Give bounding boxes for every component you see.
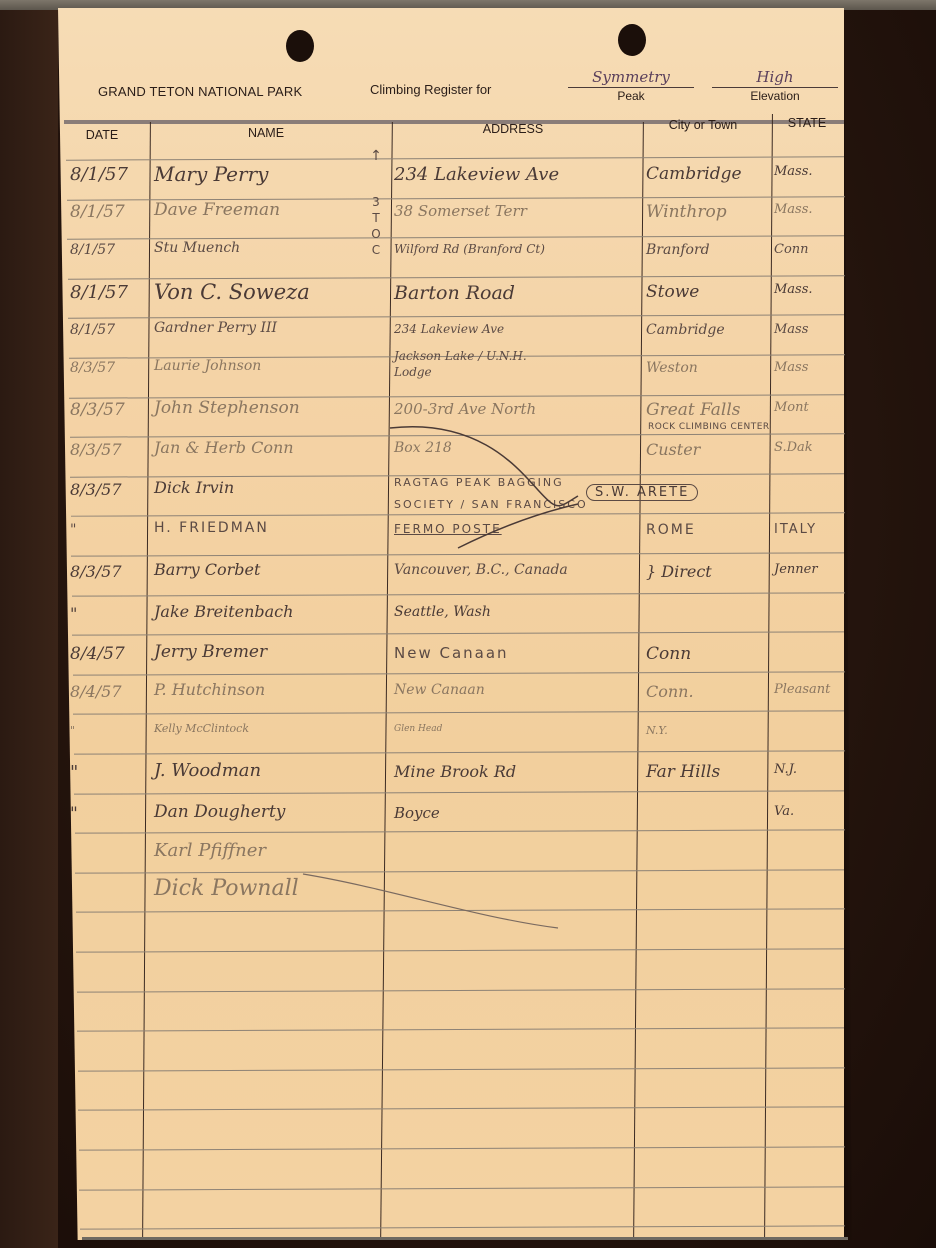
- entry-city: } Direct: [646, 562, 712, 581]
- row-rule: [75, 869, 844, 874]
- row-rule: [71, 552, 844, 557]
- punch-hole-right: [618, 24, 646, 56]
- entry-date: 8/1/57: [70, 202, 125, 222]
- entry-date: 8/3/57: [70, 562, 122, 581]
- row-rule: [77, 988, 844, 993]
- footer-rule: [82, 1237, 848, 1240]
- column-header-state: STATE: [770, 116, 844, 130]
- entry-name: Gardner Perry III: [154, 320, 277, 336]
- row-rule: [76, 948, 844, 953]
- entry-state: Conn: [774, 242, 809, 257]
- entry-date: 8/4/57: [70, 682, 122, 701]
- entry-date: ": [70, 522, 76, 538]
- entry-date: 8/1/57: [70, 282, 128, 303]
- entry-address: Box 218: [394, 440, 452, 456]
- entry-name: Dave Freeman: [154, 200, 280, 220]
- rock-climbing-note: ROCK CLIMBING CENTER: [648, 422, 770, 432]
- entry-name: Jake Breitenbach: [154, 602, 293, 621]
- punch-hole-left: [286, 30, 314, 62]
- row-rule: [72, 632, 844, 637]
- entry-state: Mass: [774, 360, 808, 375]
- entry-date: 8/3/57: [70, 400, 125, 420]
- entry-city: Stowe: [646, 282, 699, 302]
- entry-address: Vancouver, B.C., Canada: [394, 562, 568, 578]
- entry-date: 8/3/57: [70, 360, 115, 376]
- entry-state: Mass: [774, 322, 808, 337]
- peak-label: Peak: [568, 89, 694, 103]
- entry-date: ": [70, 604, 77, 623]
- entry-name: John Stephenson: [154, 398, 300, 418]
- entry-city: N.Y.: [646, 724, 668, 737]
- entry-date: 8/1/57: [70, 164, 128, 185]
- entry-address: Seattle, Wash: [394, 604, 491, 620]
- column-divider: [764, 114, 773, 1240]
- column-header-city: City or Town: [638, 118, 768, 132]
- entry-state: Mass.: [774, 202, 813, 217]
- row-rule: [79, 1186, 844, 1191]
- row-rule: [75, 830, 844, 835]
- up-arrow-icon: ↑: [370, 148, 382, 164]
- route-note: S.W. ARETE: [586, 484, 698, 501]
- row-rule: [78, 1107, 844, 1112]
- climbing-register-sheet: GRAND TETON NATIONAL PARK Climbing Regis…: [58, 8, 844, 1240]
- entry-name: Dan Dougherty: [154, 802, 285, 822]
- entry-city: Far Hills: [646, 762, 720, 782]
- entry-name: Mary Perry: [154, 162, 268, 186]
- entry-address: 234 Lakeview Ave: [394, 322, 504, 336]
- entry-address: 38 Somerset Terr: [394, 202, 527, 220]
- entry-name: Stu Muench: [154, 240, 240, 256]
- entry-address: Barton Road: [394, 282, 515, 304]
- column-divider: [380, 122, 393, 1240]
- entry-name: P. Hutchinson: [154, 680, 265, 699]
- column-header-date: DATE: [72, 128, 132, 142]
- entry-address: Jackson Lake / U.N.H. Lodge: [394, 348, 554, 380]
- row-rule: [78, 1067, 844, 1072]
- entry-date: 8/3/57: [70, 440, 122, 459]
- elevation-field: High Elevation: [712, 68, 838, 103]
- column-divider: [633, 122, 644, 1240]
- entry-address: Wilford Rd (Branford Ct): [394, 242, 545, 256]
- entry-name: Barry Corbet: [154, 560, 260, 579]
- entry-address: FERMO POSTE: [394, 522, 502, 536]
- form-header: GRAND TETON NATIONAL PARK Climbing Regis…: [98, 78, 844, 108]
- register-label: Climbing Register for: [370, 82, 491, 97]
- entry-state: S.Dak: [774, 440, 813, 455]
- entry-state: N.J.: [774, 762, 797, 777]
- entry-city: Weston: [646, 360, 698, 376]
- entry-address: 200-3rd Ave North: [394, 400, 536, 418]
- entry-name: Dick Irvin: [154, 478, 234, 497]
- entry-address: 234 Lakeview Ave: [394, 164, 559, 185]
- entry-name: Karl Pfiffner: [154, 840, 266, 861]
- entry-address: New Canaan: [394, 644, 509, 662]
- entry-address: New Canaan: [394, 682, 485, 698]
- row-rule: [74, 790, 844, 795]
- entry-state: Mass.: [774, 164, 813, 179]
- entry-date: 8/3/57: [70, 480, 122, 499]
- entry-date: 8/1/57: [70, 322, 115, 338]
- entry-city: Conn: [646, 644, 691, 664]
- entry-address: Boyce: [394, 804, 440, 822]
- row-rule: [72, 592, 844, 597]
- row-rule: [73, 671, 844, 676]
- column-header-name: NAME: [148, 126, 384, 140]
- entry-city: Conn.: [646, 682, 694, 701]
- column-divider: [142, 122, 151, 1240]
- entry-state: Mass.: [774, 282, 813, 297]
- peak-field: Symmetry Peak: [568, 68, 694, 103]
- row-rule: [80, 1226, 844, 1231]
- entry-city: Branford: [646, 242, 710, 258]
- entry-address: Mine Brook Rd: [394, 762, 516, 781]
- entry-name: H. FRIEDMAN: [154, 520, 269, 536]
- entry-name: Laurie Johnson: [154, 358, 261, 374]
- entry-name: Dick Pownall: [154, 876, 299, 901]
- entry-state: Mont: [774, 400, 809, 415]
- entry-name: Jerry Bremer: [154, 642, 267, 662]
- row-rule: [79, 1146, 844, 1151]
- entry-city: ROME: [646, 522, 696, 538]
- margin-note-text: 3 TOC: [371, 194, 381, 258]
- elevation-label: Elevation: [712, 89, 838, 103]
- peak-value: Symmetry: [568, 68, 694, 88]
- entry-city: Cambridge: [646, 322, 725, 338]
- column-header-address: ADDRESS: [388, 122, 638, 136]
- entry-date: 8/4/57: [70, 644, 125, 664]
- entry-name: Jan & Herb Conn: [154, 438, 294, 457]
- row-rule: [66, 156, 844, 161]
- entry-state: ITALY: [774, 522, 817, 537]
- entry-date: 8/1/57: [70, 242, 115, 258]
- entry-name: Von C. Soweza: [154, 280, 310, 304]
- entry-city: Cambridge: [646, 164, 742, 184]
- entry-address: RAGTAG PEAK BAGGING SOCIETY / SAN FRANCI…: [394, 472, 614, 516]
- route-curve-annotation: [58, 8, 844, 1240]
- entry-date: ": [70, 804, 78, 824]
- entry-address: Glen Head: [394, 724, 442, 734]
- park-name: GRAND TETON NATIONAL PARK: [98, 84, 302, 99]
- entry-state: Jenner: [774, 562, 818, 577]
- entry-state: Va.: [774, 804, 794, 819]
- entry-name: J. Woodman: [154, 760, 261, 781]
- entry-date: ": [70, 762, 78, 783]
- entry-city: Great Falls: [646, 400, 741, 420]
- margin-note: ↑ 3 TOC: [370, 198, 382, 258]
- row-rule: [68, 315, 844, 320]
- entry-date: ": [70, 724, 75, 737]
- elevation-value: High: [712, 68, 838, 88]
- entry-city: Custer: [646, 440, 700, 459]
- entry-city: Winthrop: [646, 202, 727, 222]
- entry-state: Pleasant: [774, 682, 830, 697]
- row-rule: [77, 1028, 844, 1033]
- row-rule: [68, 275, 844, 280]
- row-rule: [74, 750, 844, 755]
- row-rule: [76, 909, 844, 914]
- row-rule: [73, 711, 844, 716]
- background-left: [0, 0, 58, 1248]
- entry-name: Kelly McClintock: [154, 722, 249, 735]
